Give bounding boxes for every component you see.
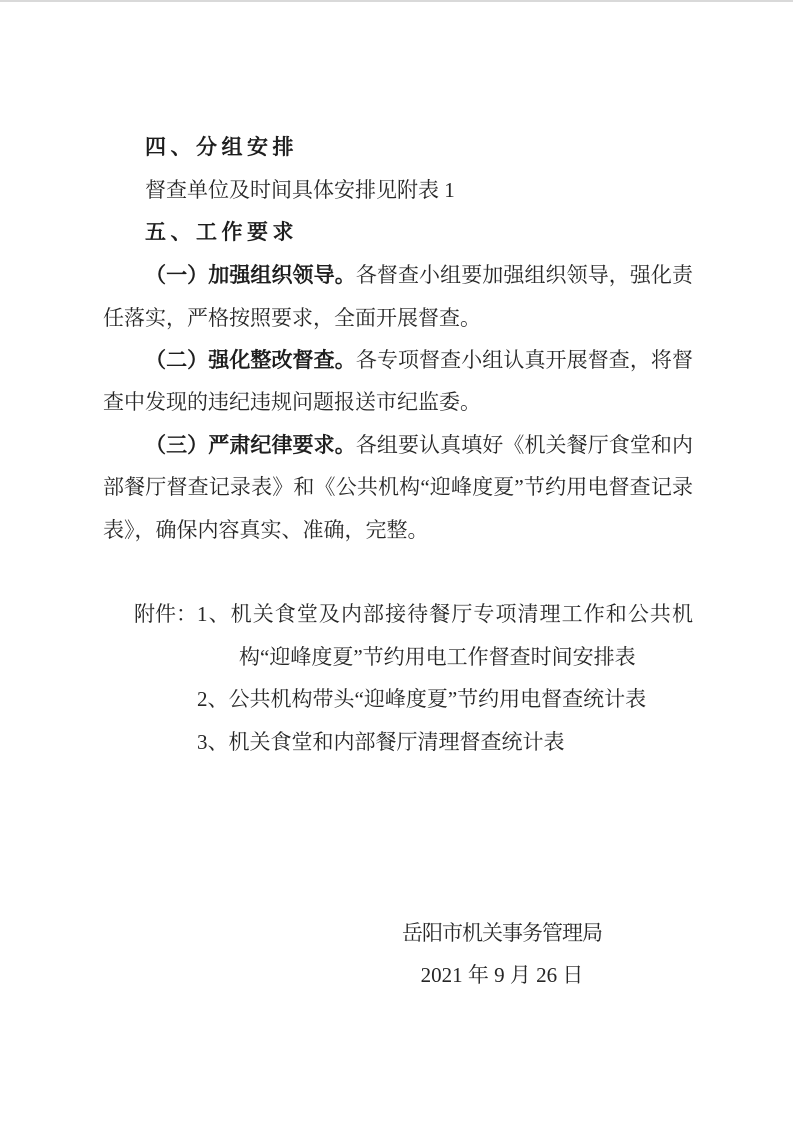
issuing-agency-signature: 岳阳市机关事务管理局: [352, 912, 652, 954]
requirement-3-label: （三）严肃纪律要求。: [145, 433, 356, 457]
issue-date: 2021 年 9 月 26 日: [352, 954, 652, 996]
attachment-item-2: 2、公共机构带头“迎峰度夏”节约用电督查统计表: [197, 678, 693, 720]
attachment-item-1: 1、机关食堂及内部接待餐厅专项清理工作和公共机构“迎峰度夏”节约用电工作督查时间…: [197, 593, 693, 678]
attachments-list: 1、机关食堂及内部接待餐厅专项清理工作和公共机构“迎峰度夏”节约用电工作督查时间…: [197, 593, 693, 763]
schedule-note: 督查单位及时间具体安排见附表 1: [103, 169, 693, 211]
attachments-label: 附件：: [134, 593, 197, 635]
requirement-item-1: （一）加强组织领导。各督查小组要加强组织领导，强化责任落实，严格按照要求，全面开…: [103, 254, 693, 339]
requirement-1-label: （一）加强组织领导。: [145, 263, 356, 287]
document-content: 四、分组安排 督查单位及时间具体安排见附表 1 五、工作要求 （一）加强组织领导…: [103, 127, 693, 997]
section-heading-grouping: 四、分组安排: [103, 127, 693, 169]
requirement-item-3: （三）严肃纪律要求。各组要认真填好《机关餐厅食堂和内部餐厅督查记录表》和《公共机…: [103, 424, 693, 551]
requirement-2-label: （二）强化整改督查。: [145, 348, 356, 372]
section-heading-work-requirements: 五、工作要求: [103, 212, 693, 254]
attachment-item-3: 3、机关食堂和内部餐厅清理督查统计表: [197, 721, 693, 763]
requirement-item-2: （二）强化整改督查。各专项督查小组认真开展督查，将督查中发现的违纪违规问题报送市…: [103, 339, 693, 424]
document-page: 四、分组安排 督查单位及时间具体安排见附表 1 五、工作要求 （一）加强组织领导…: [0, 0, 793, 1122]
attachments-block: 附件： 1、机关食堂及内部接待餐厅专项清理工作和公共机构“迎峰度夏”节约用电工作…: [134, 593, 693, 763]
closing-block: 岳阳市机关事务管理局 2021 年 9 月 26 日: [352, 912, 652, 997]
